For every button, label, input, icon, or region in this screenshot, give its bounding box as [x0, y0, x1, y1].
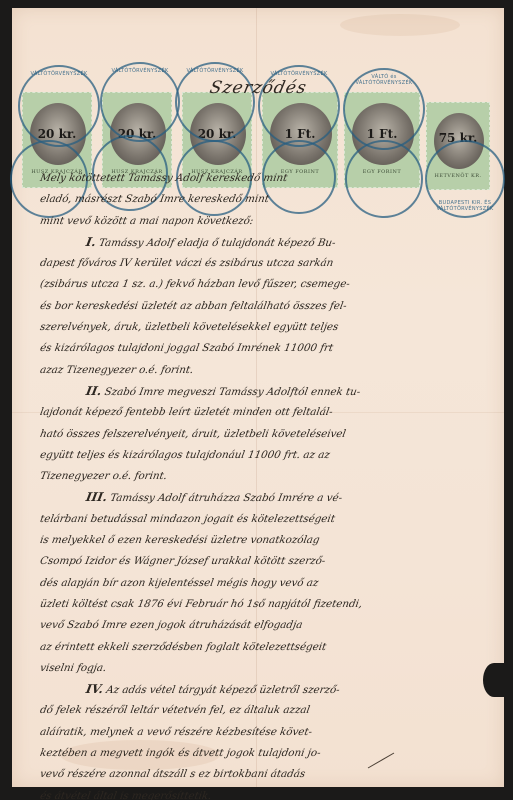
section-4-line: IV. Az adás vétel tárgyát képező üzletrő… — [38, 679, 497, 700]
section-1-line: dapest főváros IV kerület váczi és zsibá… — [38, 253, 497, 274]
cancellation-stamp: VÁLTÓTÖRVÉNYSZÉK — [175, 62, 255, 142]
section-2-line: Tizenegyezer o.é. forint. — [38, 466, 497, 487]
section-4-line: vevő részére azonnal átszáll s ez birtok… — [38, 764, 497, 785]
section-1-line: és kizárólagos tulajdoni joggal Szabó Im… — [38, 338, 497, 359]
intro-line: eladó, másrészt Szabó Imre kereskedő min… — [38, 189, 497, 210]
section-3-line: telárbani betudással mindazon jogait és … — [38, 509, 497, 530]
section-3-line: is melyekkel ő ezen kereskedési üzletre … — [38, 530, 497, 551]
section-3-line: dés alapján bír azon kijelentéssel mégis… — [38, 573, 497, 594]
section-1-line: és bor kereskedési üzletét az abban felt… — [38, 296, 497, 317]
section-2-line: együtt teljes és kizárólagos tulajdonául… — [38, 445, 497, 466]
section-numeral: IV. — [85, 682, 104, 696]
section-numeral: II. — [85, 384, 103, 398]
intro-line: mint vevő között a mai napon következő: — [38, 211, 497, 232]
section-numeral: III. — [85, 490, 108, 504]
section-3-line: Csompó Izidor és Wágner József urakkal k… — [38, 551, 497, 572]
document-title: Szerződés — [208, 78, 309, 98]
cancellation-stamp: VÁLTÓ és VÁLTÓTÖRVÉNYSZÉK — [343, 68, 425, 150]
section-4-line: és átvétel által is megerősíttetik. — [38, 786, 497, 800]
section-2-line: ható összes felszerelvényeit, áruit, üzl… — [38, 424, 497, 445]
section-1-line: I. Tamássy Adolf eladja ő tulajdonát kép… — [38, 232, 497, 253]
section-3-line: viselni fogja. — [38, 658, 497, 679]
section-3-line: üzleti költést csak 1876 évi Február hó … — [38, 594, 497, 615]
section-3-line: az érintett ekkeli szerződésben foglalt … — [38, 637, 497, 658]
section-4-line: keztében a megvett ingók és átvett jogok… — [38, 743, 497, 764]
section-2-line: II. Szabó Imre megveszi Tamássy Adolftól… — [38, 381, 497, 402]
section-1-line: szerelvények, áruk, üzletbeli követelése… — [38, 317, 497, 338]
section-1-line: azaz Tizenegyezer o.é. forint. — [38, 360, 497, 381]
section-4-line: aláíratik, melynek a vevő részére kézbes… — [38, 722, 497, 743]
section-3-line: vevő Szabó Imre ezen jogok átruházását e… — [38, 615, 497, 636]
cancellation-stamp: VÁLTÓTÖRVÉNYSZÉK — [100, 62, 180, 142]
section-2-line: lajdonát képező fentebb leírt üzletét mi… — [38, 402, 497, 423]
paper-stain — [340, 14, 460, 36]
section-4-line: dő felek részéről leltár vétetvén fel, e… — [38, 700, 497, 721]
intro-line: Mely kötöttetett Tamássy Adolf kereskedő… — [38, 168, 497, 189]
section-3-line: III. Tamássy Adolf átruházza Szabó Imrér… — [38, 487, 497, 508]
document-body: Mely kötöttetett Tamássy Adolf kereskedő… — [40, 168, 495, 800]
cancellation-stamp: VÁLTÓTÖRVÉNYSZÉK — [18, 65, 100, 147]
section-numeral: I. — [85, 235, 97, 249]
section-1-line: (zsibárus utcza 1 sz. a.) fekvő házban l… — [38, 274, 497, 295]
